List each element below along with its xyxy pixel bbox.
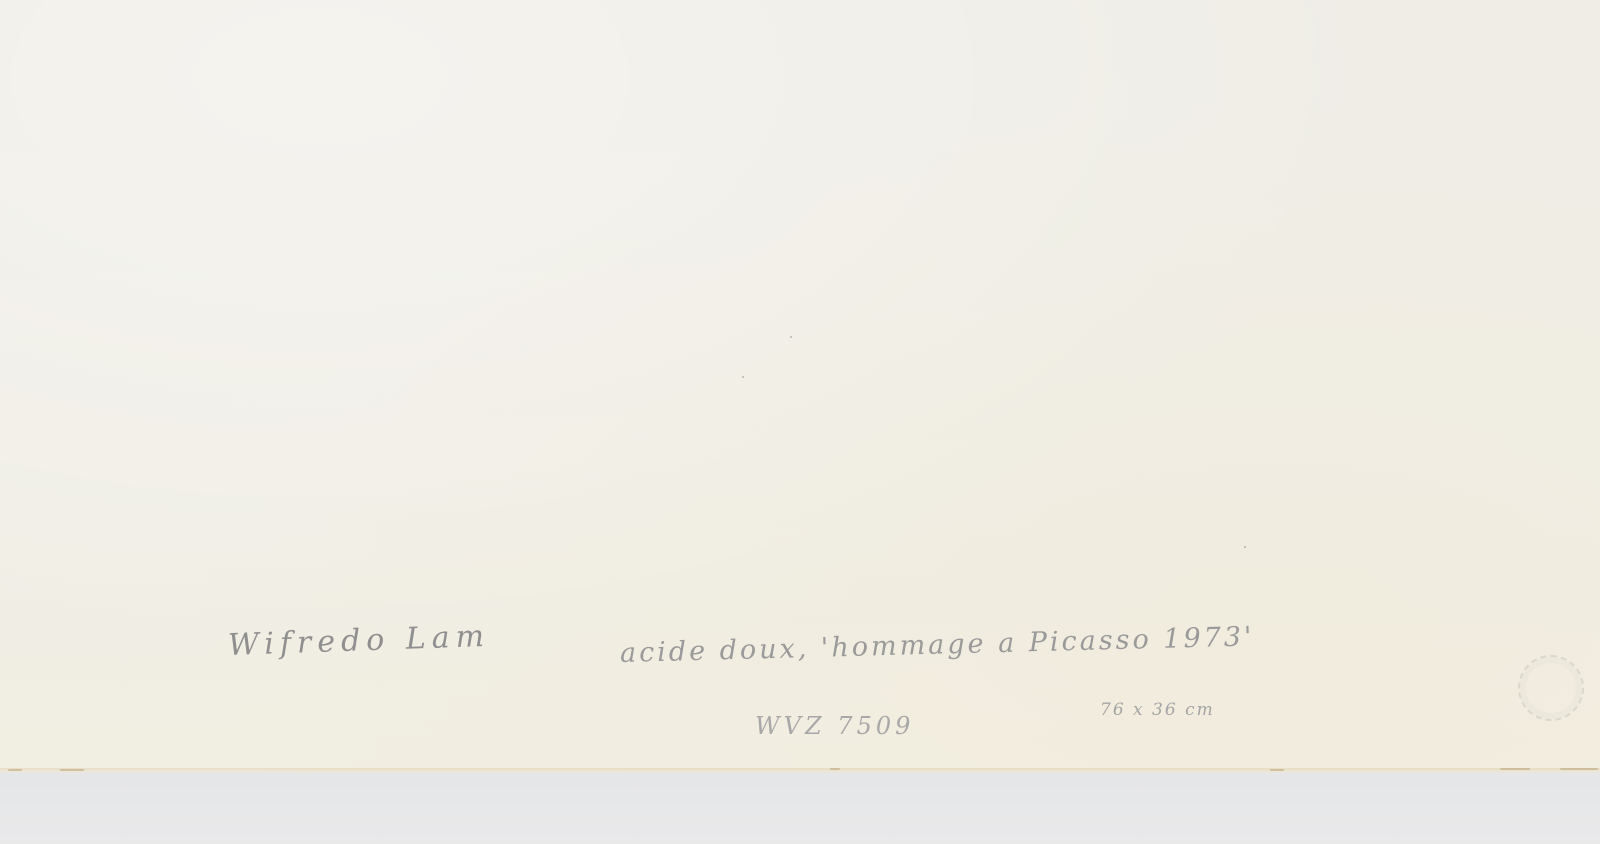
paper-speck	[1244, 546, 1246, 548]
edge-stain	[60, 769, 84, 771]
edge-stain	[8, 769, 22, 771]
edge-stain	[1500, 768, 1530, 770]
blind-stamp-icon	[1518, 655, 1584, 721]
catalogue-number-inscription: WVZ 7509	[755, 712, 914, 740]
edge-stain	[830, 768, 840, 770]
paper-speck	[742, 376, 744, 378]
edge-stain	[1270, 769, 1284, 771]
photo-scene: Wifredo Lam acide doux, 'hommage a Picas…	[0, 0, 1600, 844]
dimensions-inscription: 76 x 36 cm	[1100, 700, 1215, 720]
background-surface	[0, 774, 1600, 844]
artist-signature: Wifredo Lam	[227, 619, 490, 663]
paper-speck	[790, 336, 792, 338]
edge-stain	[1560, 768, 1598, 770]
paper-sheet: Wifredo Lam acide doux, 'hommage a Picas…	[0, 0, 1600, 772]
artwork-title-inscription: acide doux, 'hommage a Picasso 1973'	[620, 621, 1255, 669]
